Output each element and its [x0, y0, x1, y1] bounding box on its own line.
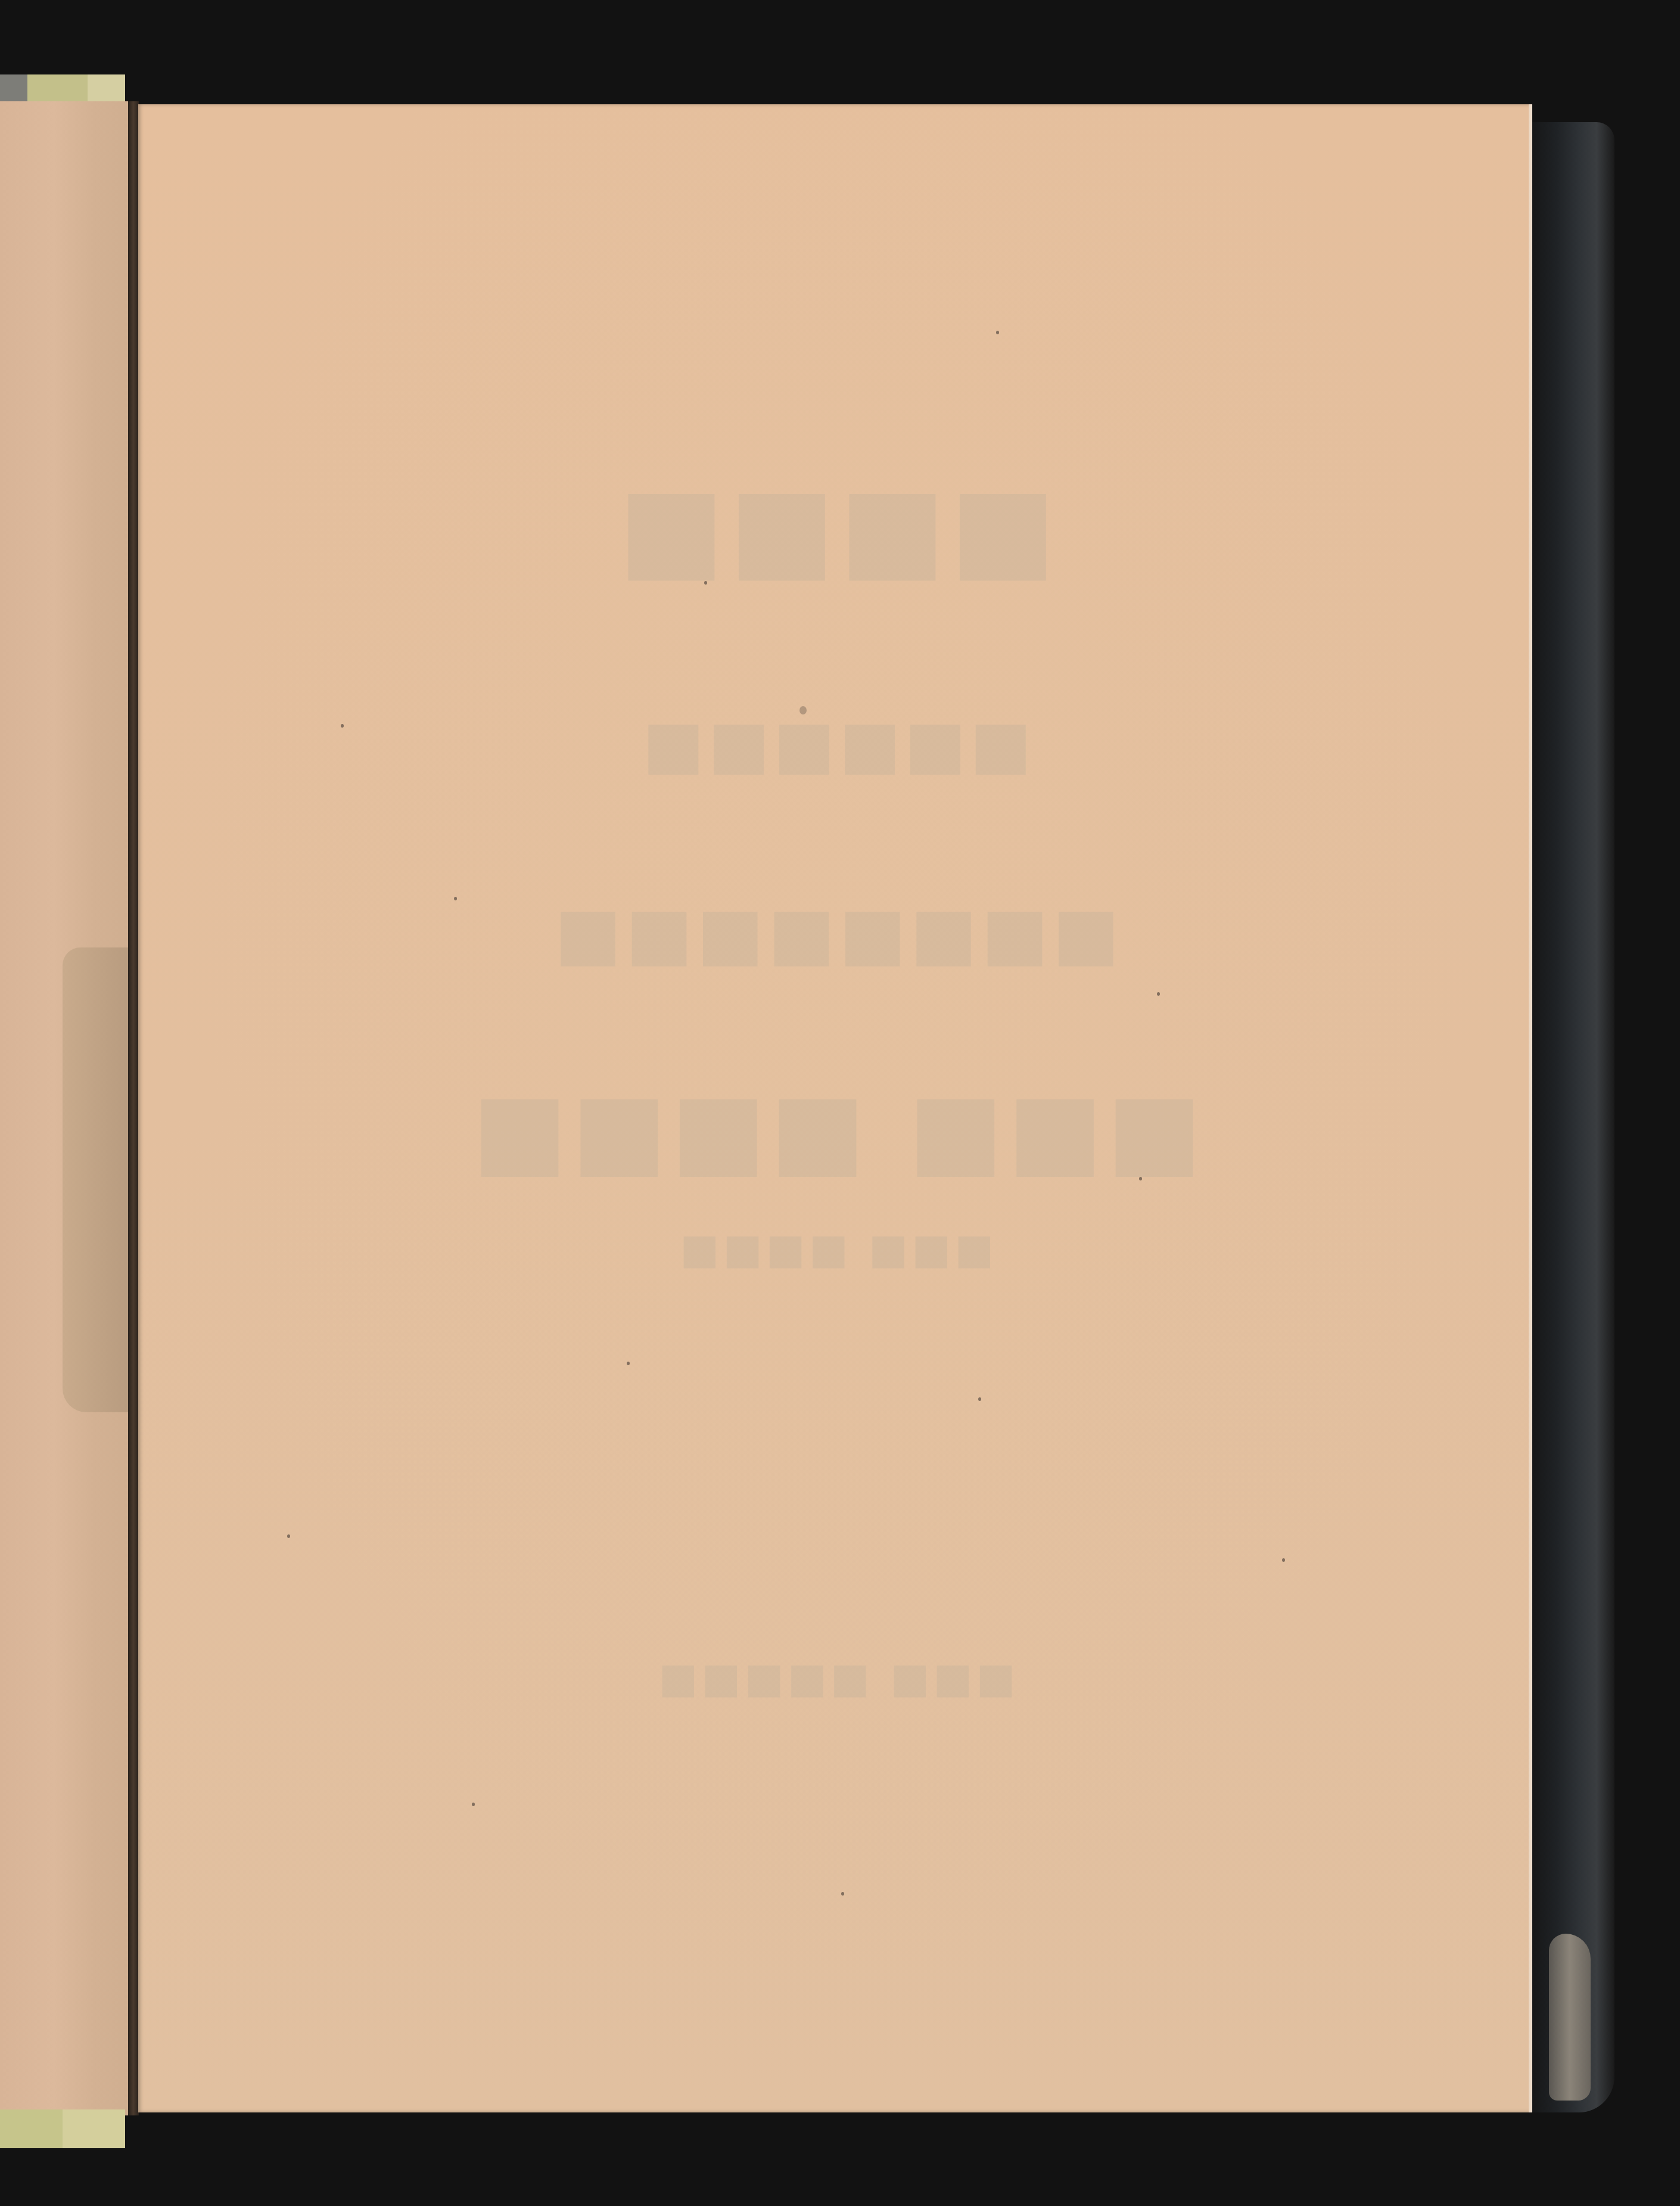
- binding-tape-bottom: [0, 2109, 125, 2148]
- bleed-through-line: ■■■■■■■■: [138, 891, 1532, 975]
- flyleaf-left: [0, 101, 134, 2115]
- bleed-through-line: ■■■■: [138, 462, 1532, 594]
- book-gutter: [128, 101, 139, 2115]
- paper-speck: [704, 581, 707, 585]
- worn-board-edge: [1549, 1934, 1591, 2101]
- paper-speck: [1157, 992, 1160, 996]
- paper-speck: [1139, 1177, 1142, 1180]
- paper-speck: [454, 897, 457, 900]
- cover-board-right: [1525, 122, 1614, 2112]
- paper-speck: [1282, 1558, 1285, 1562]
- paper-speck: [472, 1803, 475, 1806]
- paper-speck: [978, 1397, 981, 1401]
- bleed-through-line: ■■■ ■■■■: [138, 1225, 1532, 1273]
- paper-speck: [841, 1892, 844, 1896]
- bleed-through-line: ■■■ ■■■■■: [138, 1654, 1532, 1702]
- paper-speck: [287, 1534, 290, 1538]
- bleed-through-line: ■■■ ■■■■: [138, 1070, 1532, 1189]
- paper-speck: [799, 706, 807, 714]
- paper-speck: [996, 331, 999, 334]
- blank-page: ■■■■ ■■■■■■ ■■■■■■■■ ■■■ ■■■■ ■■■ ■■■■ ■…: [138, 104, 1532, 2112]
- paper-speck: [341, 724, 344, 728]
- bleed-through-line: ■■■■■■: [138, 706, 1532, 782]
- paper-speck: [627, 1362, 630, 1365]
